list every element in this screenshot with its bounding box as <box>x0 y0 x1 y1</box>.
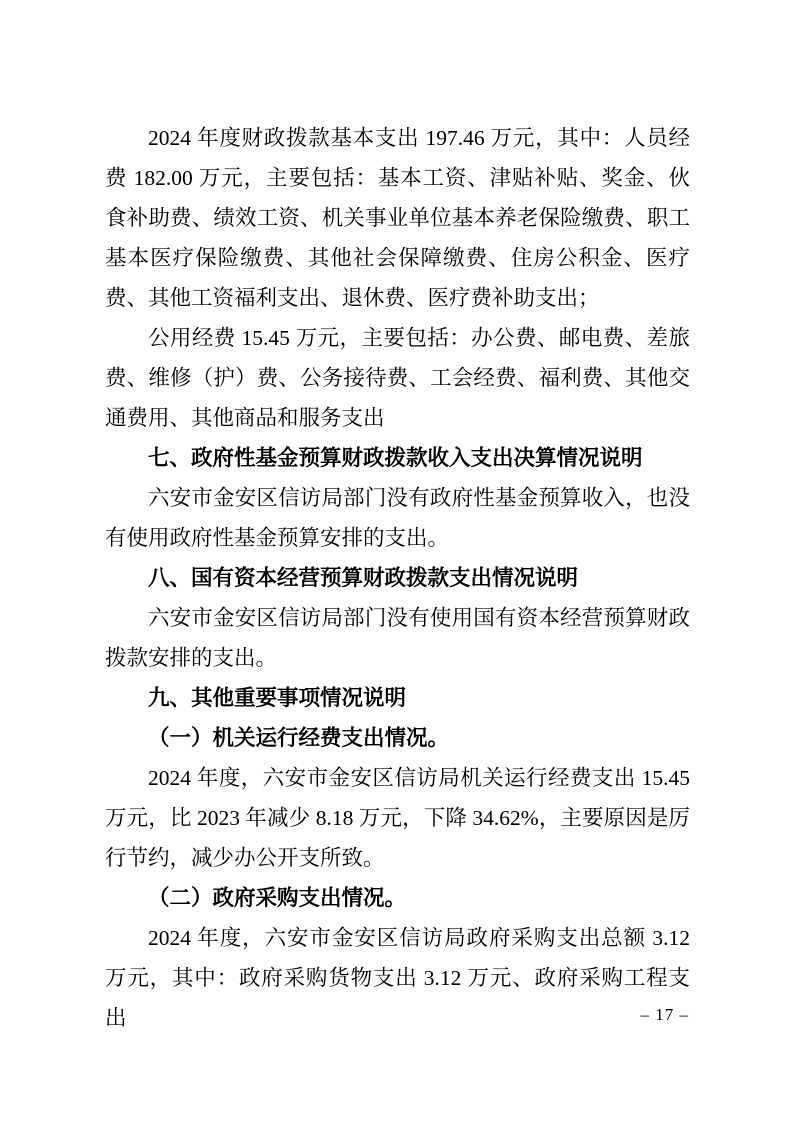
heading-section-nine-other-matters: 九、其他重要事项情况说明 <box>105 678 690 718</box>
para-govt-fund-statement: 六安市金安区信访局部门没有政府性基金预算收入，也没有使用政府性基金预算安排的支出… <box>105 478 690 558</box>
para-state-capital-statement: 六安市金安区信访局部门没有使用国有资本经营预算财政拨款安排的支出。 <box>105 598 690 678</box>
page-number: – 17 – <box>641 1003 690 1027</box>
heading-subsection-one-operating-expenses: （一）机关运行经费支出情况。 <box>105 718 690 758</box>
document-page: 2024 年度财政拨款基本支出 197.46 万元，其中：人员经费 182.00… <box>0 0 793 1122</box>
document-content: 2024 年度财政拨款基本支出 197.46 万元，其中：人员经费 182.00… <box>105 118 690 1038</box>
para-procurement-detail: 2024 年度，六安市金安区信访局政府采购支出总额 3.12 万元，其中：政府采… <box>105 918 690 1038</box>
heading-section-eight-state-capital-budget: 八、国有资本经营预算财政拨款支出情况说明 <box>105 558 690 598</box>
heading-section-seven-govt-fund-budget: 七、政府性基金预算财政拨款收入支出决算情况说明 <box>105 438 690 478</box>
heading-subsection-two-procurement: （二）政府采购支出情况。 <box>105 878 690 918</box>
para-public-funds-expenditure: 公用经费 15.45 万元，主要包括：办公费、邮电费、差旅费、维修（护）费、公务… <box>105 318 690 438</box>
para-operating-expenses-detail: 2024 年度，六安市金安区信访局机关运行经费支出 15.45 万元，比 202… <box>105 758 690 878</box>
para-fiscal-basic-expenditure: 2024 年度财政拨款基本支出 197.46 万元，其中：人员经费 182.00… <box>105 118 690 318</box>
